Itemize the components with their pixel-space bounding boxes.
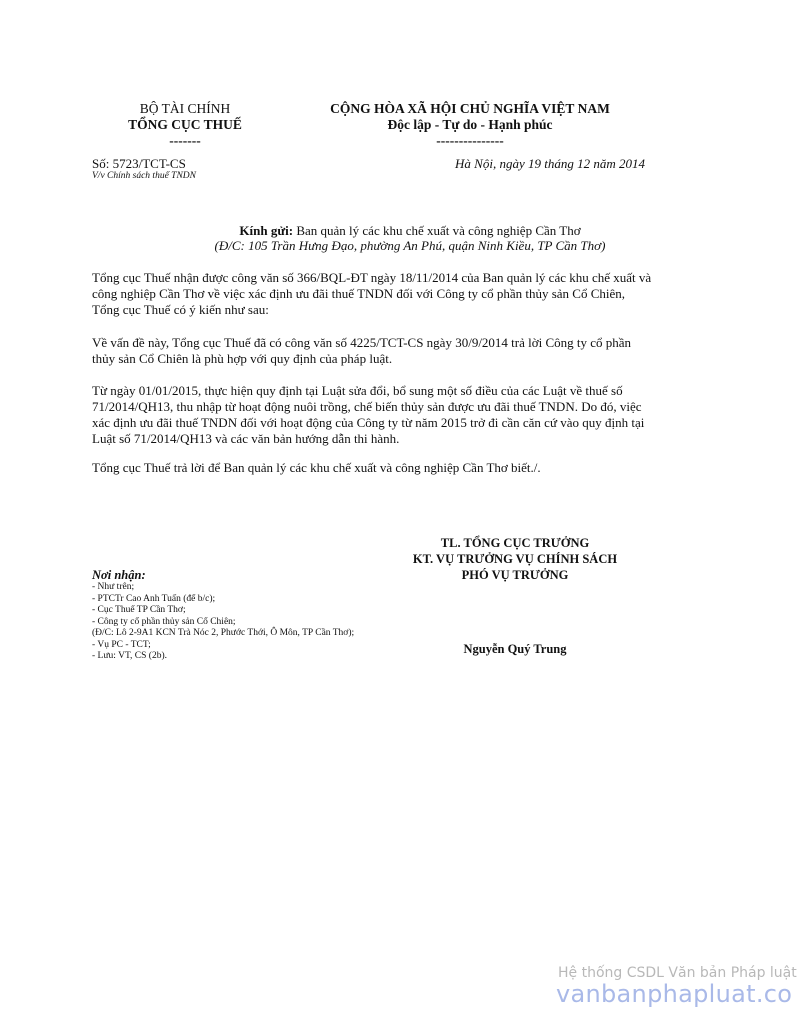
- recipients-list: Nơi nhận: - Như trên; - PTCTr Cao Anh Tu…: [92, 568, 362, 663]
- list-item: - Lưu: VT, CS (2b).: [92, 651, 362, 663]
- list-item: - Vụ PC - TCT;: [92, 640, 362, 652]
- body-paragraph: Từ ngày 01/01/2015, thực hiện quy định t…: [92, 383, 652, 447]
- ministry-name: BỘ TÀI CHÍNH: [90, 101, 280, 117]
- body-paragraph: Tổng cục Thuế nhận được công văn số 366/…: [92, 270, 652, 318]
- watermark-caption: Hệ thống CSDL Văn bản Pháp luật: [558, 965, 797, 981]
- document-subject: V/v Chính sách thuế TNDN: [92, 171, 196, 181]
- list-item: - Cục Thuế TP Cần Thơ;: [92, 605, 362, 617]
- signature-line-1: TL. TỔNG CỤC TRƯỞNG: [380, 535, 650, 551]
- recipient-block: Kính gửi: Ban quản lý các khu chế xuất v…: [150, 223, 670, 253]
- nation-title: CỘNG HÒA XÃ HỘI CHỦ NGHĨA VIỆT NAM: [300, 101, 640, 117]
- left-divider: -------: [90, 133, 280, 149]
- signature-line-3: PHÓ VỤ TRƯỞNG: [380, 567, 650, 583]
- national-header: CỘNG HÒA XÃ HỘI CHỦ NGHĨA VIỆT NAM Độc l…: [300, 101, 640, 149]
- signature-line-2: KT. VỤ TRƯỞNG VỤ CHÍNH SÁCH: [380, 551, 650, 567]
- recipient-name: Ban quản lý các khu chế xuất và công ngh…: [293, 223, 581, 238]
- list-item: - Như trên;: [92, 582, 362, 594]
- department-name: TỔNG CỤC THUẾ: [90, 117, 280, 133]
- right-divider: ---------------: [300, 133, 640, 149]
- watermark-site-link[interactable]: vanbanphapluat.co: [556, 980, 792, 1008]
- signer-name: Nguyễn Quý Trung: [380, 642, 650, 657]
- national-motto: Độc lập - Tự do - Hạnh phúc: [300, 117, 640, 133]
- list-item: - Công ty cổ phần thủy sản Cổ Chiên;: [92, 617, 362, 629]
- recipients-title: Nơi nhận:: [92, 568, 362, 582]
- body-paragraph: Về vấn đề này, Tổng cục Thuế đã có công …: [92, 335, 652, 367]
- recipient-address: (Đ/C: 105 Trần Hưng Đạo, phường An Phú, …: [150, 238, 670, 253]
- signature-title-block: TL. TỔNG CỤC TRƯỞNG KT. VỤ TRƯỞNG VỤ CHÍ…: [380, 535, 650, 583]
- list-item: (Đ/C: Lô 2-9A1 KCN Trà Nóc 2, Phước Thới…: [92, 628, 362, 640]
- recipient-label: Kính gửi:: [239, 223, 293, 238]
- issuing-agency-header: BỘ TÀI CHÍNH TỔNG CỤC THUẾ -------: [90, 101, 280, 149]
- document-date: Hà Nội, ngày 19 tháng 12 năm 2014: [420, 156, 645, 172]
- list-item: - PTCTr Cao Anh Tuấn (để b/c);: [92, 594, 362, 606]
- body-paragraph: Tổng cục Thuế trả lời để Ban quản lý các…: [92, 460, 652, 476]
- document-number: Số: 5723/TCT-CS: [92, 156, 186, 172]
